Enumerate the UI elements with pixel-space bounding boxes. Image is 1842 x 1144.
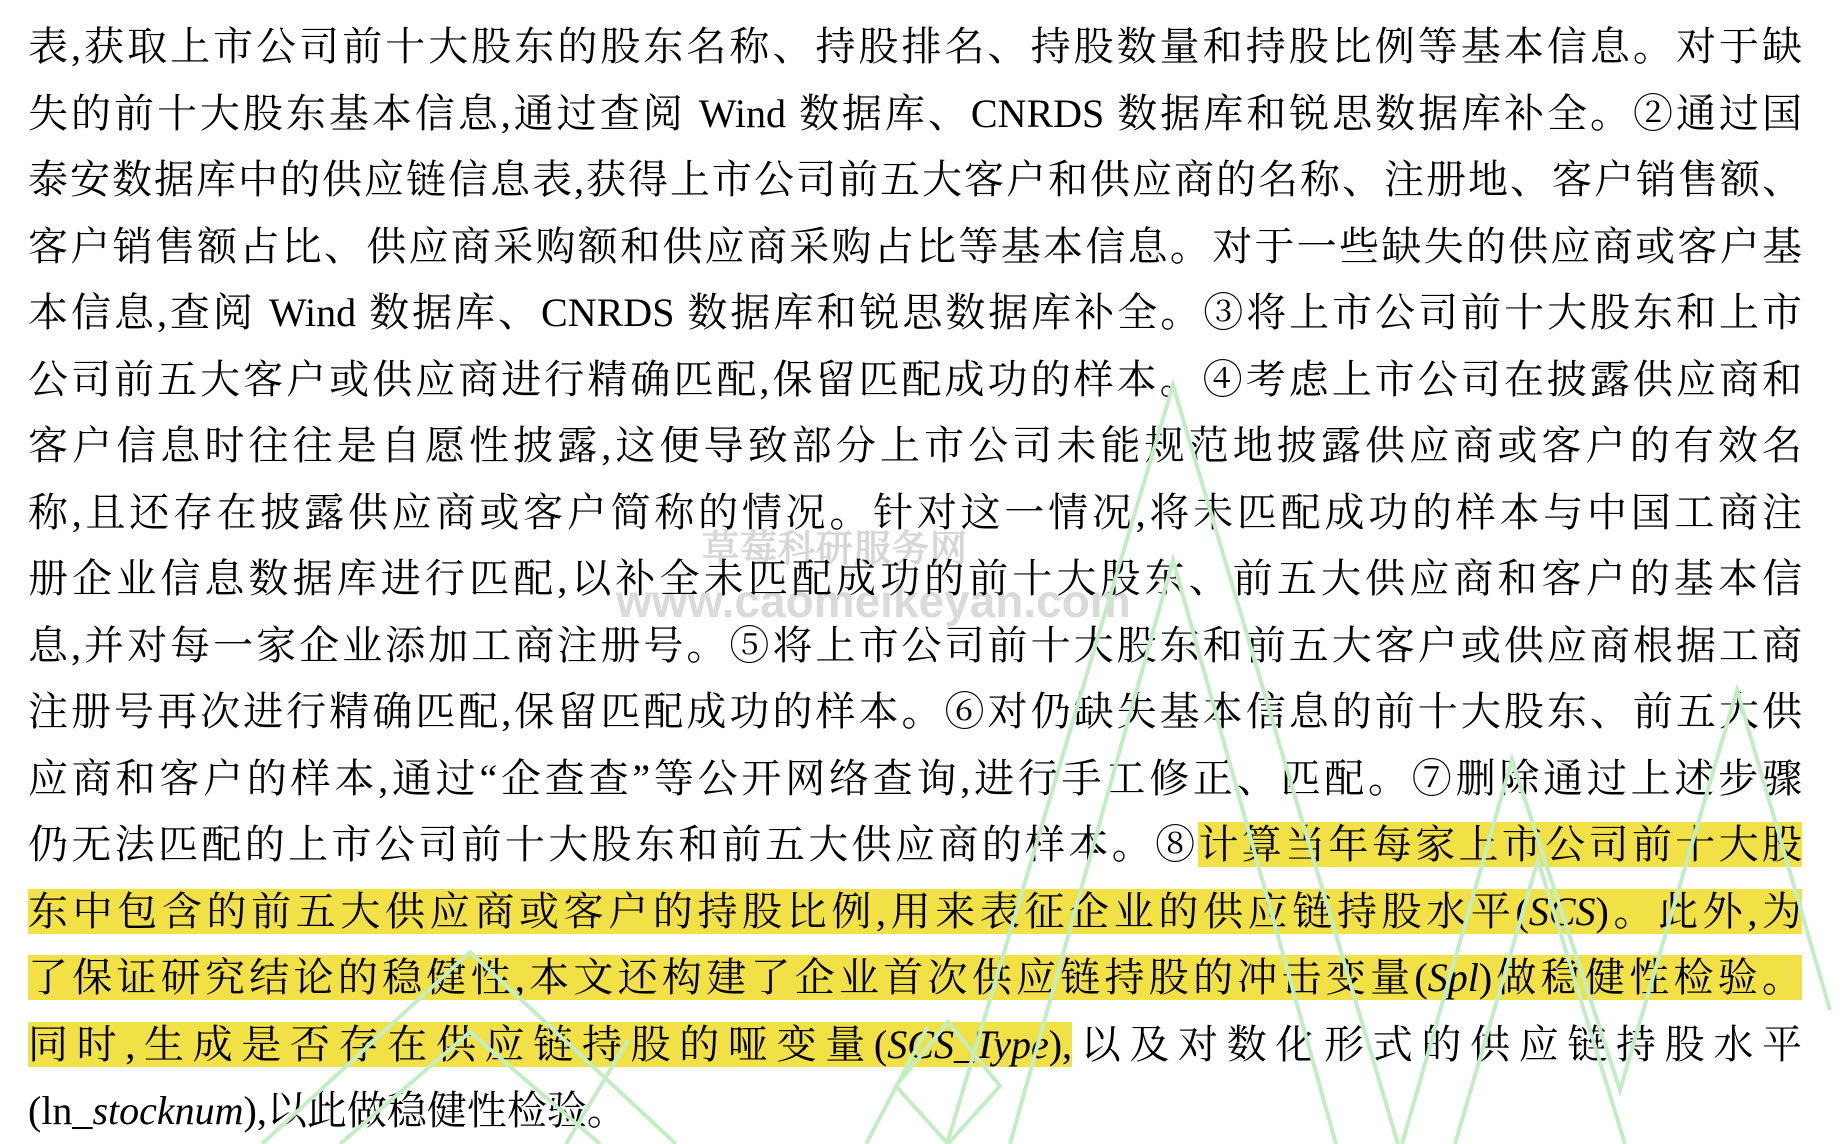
body-text: 失的前十大股东基本信息,通过查阅 Wind 数据库、CNRDS 数据库和锐思数据…	[28, 91, 1802, 136]
highlighted-text: 东中包含的前五大供应商或客户的持股比例,用来表征企业的供应链持股水平(	[28, 889, 1529, 934]
body-text: 仍无法匹配的上市公司前十大股东和前五大供应商的样本。⑧	[28, 822, 1198, 867]
body-text: 公司前五大客户或供应商进行精确匹配,保留匹配成功的样本。④考虑上市公司在披露供应…	[28, 357, 1802, 402]
text-line: 泰安数据库中的供应链信息表,获得上市公司前五大客户和供应商的名称、注册地、客户销…	[28, 147, 1802, 214]
highlighted-text: )。此外,为	[1596, 889, 1802, 934]
text-line: 应商和客户的样本,通过“企查查”等公开网络查询,进行手工修正、匹配。⑦删除通过上…	[28, 746, 1802, 813]
text-line: 公司前五大客户或供应商进行精确匹配,保留匹配成功的样本。④考虑上市公司在披露供应…	[28, 347, 1802, 414]
highlighted-text: SCS	[1529, 889, 1596, 934]
text-line: 同时,生成是否存在供应链持股的哑变量(SCS_Type),以及对数化形式的供应链…	[28, 1012, 1802, 1079]
highlighted-text: )做稳健性检验。	[1479, 955, 1802, 1000]
body-text: 以及对数化形式的供应链持股水平	[1072, 1022, 1802, 1067]
body-text: stocknum	[92, 1088, 243, 1133]
body-text: 客户销售额占比、供应商采购额和供应商采购占比等基本信息。对于一些缺失的供应商或客…	[28, 224, 1802, 269]
text-line: 表,获取上市公司前十大股东的股东名称、持股排名、持股数量和持股比例等基本信息。对…	[28, 14, 1802, 81]
highlighted-text: SCS_Type	[887, 1022, 1048, 1067]
highlighted-text: ),	[1049, 1022, 1072, 1067]
body-text: 表,获取上市公司前十大股东的股东名称、持股排名、持股数量和持股比例等基本信息。对…	[28, 24, 1802, 69]
highlighted-text: 同时,生成是否存在供应链持股的哑变量(	[28, 1022, 887, 1067]
body-text: 应商和客户的样本,通过“企查查”等公开网络查询,进行手工修正、匹配。⑦删除通过上…	[28, 756, 1802, 801]
text-line: 本信息,查阅 Wind 数据库、CNRDS 数据库和锐思数据库补全。③将上市公司…	[28, 280, 1802, 347]
text-line: 客户信息时往往是自愿性披露,这便导致部分上市公司未能规范地披露供应商或客户的有效…	[28, 413, 1802, 480]
text-line: 客户销售额占比、供应商采购额和供应商采购占比等基本信息。对于一些缺失的供应商或客…	[28, 214, 1802, 281]
body-text: 注册号再次进行精确匹配,保留匹配成功的样本。⑥对仍缺失基本信息的前十大股东、前五…	[28, 689, 1802, 734]
text-line: 注册号再次进行精确匹配,保留匹配成功的样本。⑥对仍缺失基本信息的前十大股东、前五…	[28, 679, 1802, 746]
body-text: 息,并对每一家企业添加工商注册号。⑤将上市公司前十大股东和前五大客户或供应商根据…	[28, 623, 1802, 668]
body-text: 泰安数据库中的供应链信息表,获得上市公司前五大客户和供应商的名称、注册地、客户销…	[28, 157, 1802, 202]
highlighted-text: Spl	[1428, 955, 1479, 1000]
body-text: ),以此做稳健性检验。	[244, 1088, 627, 1133]
body-text: (ln_	[28, 1088, 92, 1133]
text-line: 息,并对每一家企业添加工商注册号。⑤将上市公司前十大股东和前五大客户或供应商根据…	[28, 613, 1802, 680]
text-line: 册企业信息数据库进行匹配,以补全未匹配成功的前十大股东、前五大供应商和客户的基本…	[28, 546, 1802, 613]
text-line: 失的前十大股东基本信息,通过查阅 Wind 数据库、CNRDS 数据库和锐思数据…	[28, 81, 1802, 148]
paragraph: 表,获取上市公司前十大股东的股东名称、持股排名、持股数量和持股比例等基本信息。对…	[28, 14, 1802, 1144]
body-text: 本信息,查阅 Wind 数据库、CNRDS 数据库和锐思数据库补全。③将上市公司…	[28, 290, 1802, 335]
text-line: 称,且还存在披露供应商或客户简称的情况。针对这一情况,将未匹配成功的样本与中国工…	[28, 480, 1802, 547]
text-line: 仍无法匹配的上市公司前十大股东和前五大供应商的样本。⑧计算当年每家上市公司前十大…	[28, 812, 1802, 879]
body-text: 客户信息时往往是自愿性披露,这便导致部分上市公司未能规范地披露供应商或客户的有效…	[28, 423, 1802, 468]
body-text: 称,且还存在披露供应商或客户简称的情况。针对这一情况,将未匹配成功的样本与中国工…	[28, 490, 1802, 535]
text-line: 了保证研究结论的稳健性,本文还构建了企业首次供应链持股的冲击变量(Spl)做稳健…	[28, 945, 1802, 1012]
highlighted-text: 计算当年每家上市公司前十大股	[1198, 822, 1802, 867]
highlighted-text: 了保证研究结论的稳健性,本文还构建了企业首次供应链持股的冲击变量(	[28, 955, 1428, 1000]
body-text: 册企业信息数据库进行匹配,以补全未匹配成功的前十大股东、前五大供应商和客户的基本…	[28, 556, 1802, 601]
text-line: 东中包含的前五大供应商或客户的持股比例,用来表征企业的供应链持股水平(SCS)。…	[28, 879, 1802, 946]
text-line: (ln_stocknum),以此做稳健性检验。	[28, 1078, 1802, 1144]
